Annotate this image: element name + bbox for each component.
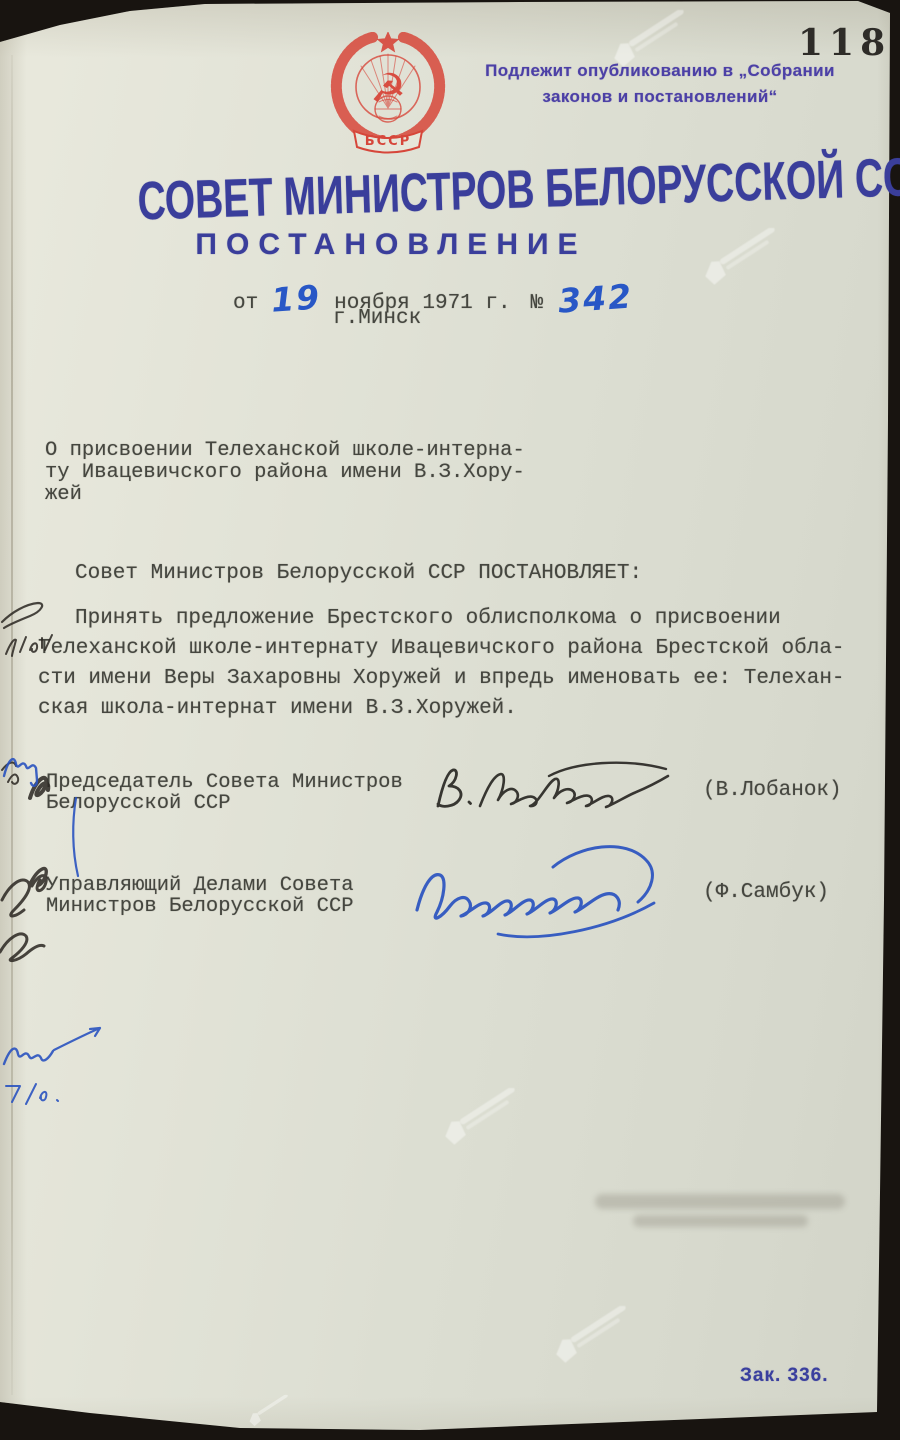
- signature-title-chairman: Председатель Совета Министров Белорусско…: [46, 772, 403, 814]
- city-line: г.Минск: [333, 307, 421, 330]
- signature-caption-manager: (Ф.Самбук): [703, 881, 829, 904]
- signature-caption-chairman: (В.Лобанок): [703, 779, 842, 802]
- watermark-icon: [437, 1088, 557, 1163]
- resolution-paragraph: Принять предложение Брестского облисполк…: [38, 604, 845, 724]
- signature-title-manager: Управляющий Делами Совета Министров Бело…: [46, 875, 354, 917]
- scanned-decree-page: 118 Подлежит опубликованию в „Собрании з…: [0, 0, 900, 1440]
- resolution-intro: Совет Министров Белорусской ССР ПОСТАНОВ…: [75, 562, 642, 585]
- date-line: от 19 ноября 1971 г. № 342: [233, 277, 633, 316]
- organization-title: СОВЕТ МИНИСТРОВ БЕЛОРУССКОЙ ССР: [0, 158, 828, 220]
- subject-block: О присвоении Телеханской школе-интерна- …: [45, 440, 525, 506]
- bssr-emblem-icon: ☭ БССР: [323, 32, 453, 154]
- handwritten-number: 342: [557, 276, 634, 320]
- svg-text:☭: ☭: [370, 66, 406, 112]
- publication-stamp: Подлежит опубликованию в „Собрании закон…: [468, 58, 852, 110]
- paragraph-line: сти имени Веры Захаровны Хоружей и впред…: [38, 664, 845, 694]
- date-prefix: от: [233, 292, 258, 315]
- stamp-line-2: законов и постановлений“: [468, 84, 852, 110]
- document-type-title: ПОСТАНОВЛЕНИЕ: [0, 228, 782, 262]
- subject-line: жей: [45, 484, 525, 506]
- number-sign: №: [531, 292, 544, 315]
- subject-line: ту Ивацевичского района имени В.З.Хору-: [45, 462, 525, 484]
- emblem-ribbon-label: БССР: [365, 134, 412, 149]
- handwritten-day: 19: [270, 277, 323, 319]
- stamp-line-1: Подлежит опубликованию в „Собрании: [468, 58, 852, 84]
- bleedthrough-text-trace: [595, 1194, 845, 1209]
- paragraph-line: Принять предложение Брестского облисполк…: [38, 604, 845, 634]
- watermark-icon: [245, 1395, 311, 1436]
- paragraph-line: ская школа-интернат имени В.З.Хоружей.: [38, 694, 845, 724]
- watermark-icon: [548, 1306, 668, 1381]
- subject-line: О присвоении Телеханской школе-интерна-: [45, 440, 525, 462]
- paragraph-line: Телеханской школе-интернату Ивацевичског…: [38, 634, 845, 664]
- bleedthrough-text-trace: [633, 1215, 808, 1227]
- print-order-reference: Зак. 336.: [740, 1365, 829, 1387]
